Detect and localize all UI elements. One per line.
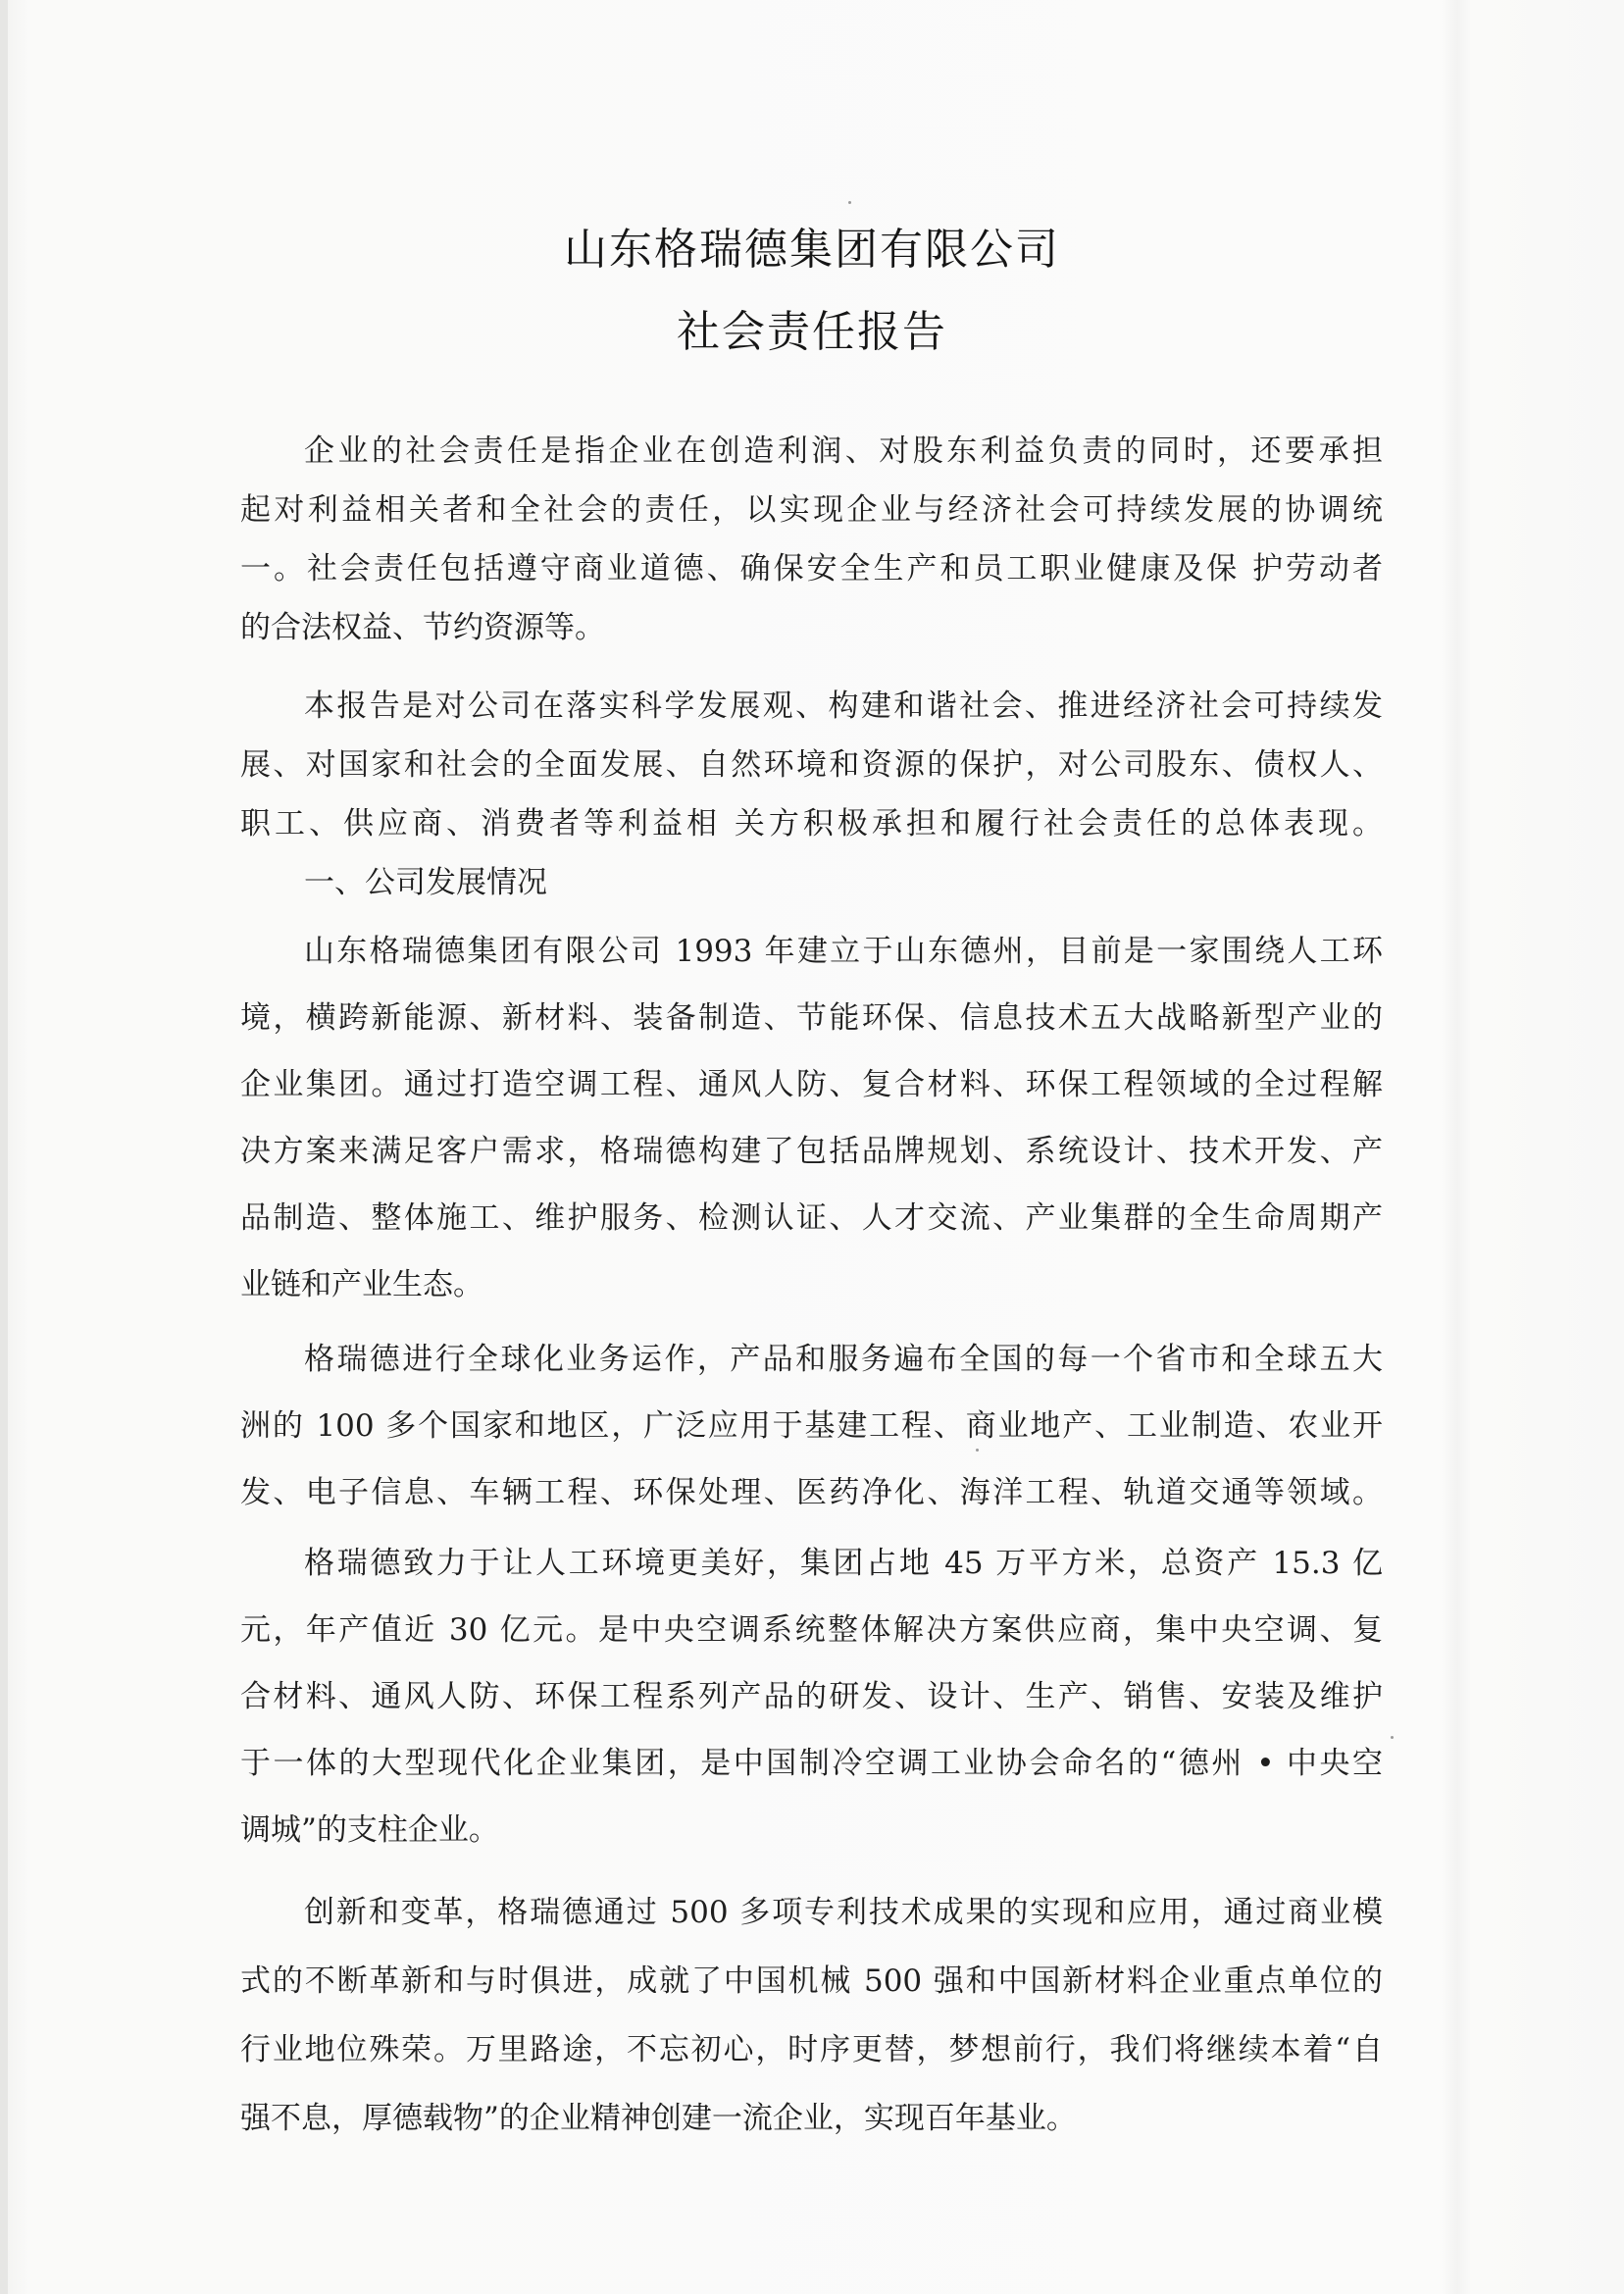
paragraph-line: 业链和产业生态。	[240, 1265, 1383, 1304]
paragraph-line: 一。社会责任包括遵守商业道德、确保安全生产和员工职业健康及保 护劳动者	[240, 549, 1383, 588]
scan-speck	[1391, 1736, 1394, 1739]
paragraph-line: 行业地位殊荣。万里路途，不忘初心，时序更替，梦想前行，我们将继续本着“自	[240, 2030, 1383, 2069]
paragraph-line: 展、对国家和社会的全面发展、自然环境和资源的保护，对公司股东、债权人、	[240, 745, 1383, 785]
paragraph-line: 元，年产值近 30 亿元。是中央空调系统整体解决方案供应商，集中央空调、复	[240, 1610, 1383, 1650]
paragraph-line: 强不息，厚德载物”的企业精神创建一流企业，实现百年基业。	[240, 2099, 1383, 2138]
paragraph-line: 品制造、整体施工、维护服务、检测认证、人才交流、产业集群的全生命周期产	[240, 1198, 1383, 1238]
paragraph-line: 本报告是对公司在落实科学发展观、构建和谐社会、推进经济社会可持续发	[304, 687, 1383, 726]
section-heading: 一、公司发展情况	[304, 863, 1383, 902]
paragraph-line: 决方案来满足客户需求，格瑞德构建了包括品牌规划、系统设计、技术开发、产	[240, 1132, 1383, 1171]
paragraph-line: 于一体的大型现代化企业集团，是中国制冷空调工业协会命名的“德州 • 中央空	[240, 1744, 1383, 1783]
paragraph-line: 式的不断革新和与时俱进，成就了中国机械 500 强和中国新材料企业重点单位的	[240, 1962, 1383, 2001]
document-title: 山东格瑞德集团有限公司	[0, 214, 1624, 277]
paragraph-line: 格瑞德致力于让人工环境更美好，集团占地 45 万平方米，总资产 15.3 亿	[304, 1544, 1383, 1583]
paragraph-line: 山东格瑞德集团有限公司 1993 年建立于山东德州，目前是一家围绕人工环	[304, 932, 1383, 971]
document-page: 山东格瑞德集团有限公司 社会责任报告 企业的社会责任是指企业在创造利润、对股东利…	[0, 0, 1624, 2294]
paragraph-line: 创新和变革，格瑞德通过 500 多项专利技术成果的实现和应用，通过商业模	[304, 1893, 1383, 1932]
paragraph-line: 合材料、通风人防、环保工程系列产品的研发、设计、生产、销售、安装及维护	[240, 1677, 1383, 1716]
paragraph-line: 境，横跨新能源、新材料、装备制造、节能环保、信息技术五大战略新型产业的	[240, 998, 1383, 1038]
paragraph-line: 起对利益相关者和全社会的责任，以实现企业与经济社会可持续发展的协调统	[240, 490, 1383, 530]
document-subtitle: 社会责任报告	[0, 296, 1624, 359]
paragraph-line: 发、电子信息、车辆工程、环保处理、医药净化、海洋工程、轨道交通等领域。	[240, 1473, 1383, 1512]
paragraph-line: 的合法权益、节约资源等。	[240, 608, 1383, 647]
scan-speck	[976, 1449, 979, 1452]
scan-speck	[848, 201, 851, 204]
paragraph-line: 企业集团。通过打造空调工程、通风人防、复合材料、环保工程领域的全过程解	[240, 1065, 1383, 1104]
paragraph-line: 洲的 100 多个国家和地区，广泛应用于基建工程、商业地产、工业制造、农业开	[240, 1406, 1383, 1446]
paragraph-line: 企业的社会责任是指企业在创造利润、对股东利益负责的同时，还要承担	[304, 432, 1383, 471]
paragraph-line: 调城”的支柱企业。	[240, 1810, 1383, 1850]
paragraph-line: 格瑞德进行全球化业务运作，产品和服务遍布全国的每一个省市和全球五大	[304, 1340, 1383, 1379]
paragraph-line: 职工、供应商、消费者等利益相 关方积极承担和履行社会责任的总体表现。	[240, 804, 1383, 843]
